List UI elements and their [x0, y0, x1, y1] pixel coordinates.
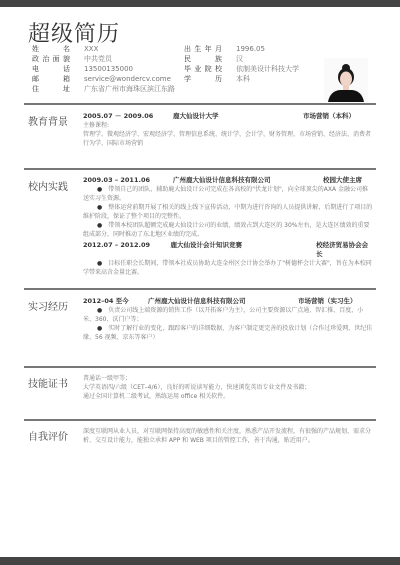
- campus-role: 校园大使主席: [323, 176, 362, 185]
- education-date: 2005.07 － 2009.06: [83, 112, 173, 121]
- bullet-item: ●带领自己的团队，辅助鹿大仙设计公司完成在各高校的"伏龙计划"，向全球顶尖的AX…: [83, 185, 373, 203]
- value: 13500135000: [84, 64, 133, 74]
- divider: [24, 288, 376, 290]
- bullet-item: ●实时了解行业的变化，跟踪客户的详细数据，为客户制定更完善的投放计划（合作过珍爱…: [83, 324, 373, 342]
- info-ethnicity: 民族汉: [184, 54, 299, 64]
- section-internship: 2012–04 至今 广州鹿大仙设计信息科技有限公司 市场营销（实习生） ●负责…: [83, 297, 373, 342]
- section-title-campus: 校内实践: [28, 178, 68, 193]
- divider: [24, 366, 376, 368]
- skill-line: 大学英语四/六级（CET–4/6），良好的听说读写能力，快速浏览英语专业文件及书…: [83, 383, 373, 392]
- education-major: 市场营销（本科）: [303, 112, 355, 121]
- bullet-text: 负责公司线上端资源的销售工作（以开拓客户为主），公司主要资源以广点通、智汇推、百…: [83, 307, 363, 323]
- info-degree: 学历本科: [184, 74, 299, 84]
- campus-org: 广州鹿大仙设计信息科技有限公司: [173, 176, 323, 185]
- info-address: 住址广东省广州市海珠区滨江东路: [32, 84, 175, 94]
- education-school: 鹿大仙设计大学: [173, 112, 303, 121]
- section-campus: 2009.03 – 2011.06 广州鹿大仙设计信息科技有限公司 校园大使主席…: [83, 176, 373, 277]
- bullet-item: ●目标任职会长期间，带领本社成员协助大连金州区会计协会举办了"树德杯会计大赛"，…: [83, 259, 373, 277]
- bullet-text: 实时了解行业的变化，跟踪客户的详细数据，为客户制定更完善的投放计划（合作过珍爱网…: [83, 325, 372, 341]
- bullet-icon: ●: [97, 325, 102, 332]
- info-birth: 出生年月1996.05: [184, 44, 299, 54]
- section-self-eval: 深度互联网从业人员，对互联网保持高度的敏感性和关注度，熟悉产品开发流程，有很强的…: [83, 427, 373, 445]
- label: 毕业院校: [184, 64, 222, 74]
- section-title-skills: 技能证书: [28, 375, 68, 390]
- campus-org: 鹿大仙设计会计知识竞赛: [170, 241, 316, 259]
- campus-role: 校经济贸易协会会长: [316, 241, 373, 259]
- bottom-bar: [0, 557, 400, 565]
- bullet-text: 整体运营前期开展了相关的线上线下宣传活动，中期为进行咨询的人员提供讲解，后期进行…: [83, 204, 372, 220]
- value: XXX: [84, 44, 98, 54]
- value: 依制美设计科技大学: [236, 64, 299, 74]
- self-eval-text: 深度互联网从业人员，对互联网保持高度的敏感性和关注度，熟悉产品开发流程，有很强的…: [83, 427, 373, 445]
- courses-label: 主修课程:: [83, 121, 373, 130]
- section-skills: 普通话一级甲等； 大学英语四/六级（CET–4/6），良好的听说读写能力，快速浏…: [83, 374, 373, 401]
- skill-line: 通过全国计算机二级考试，熟练运用 office 相关软件。: [83, 392, 373, 401]
- internship-date: 2012–04 至今: [83, 297, 148, 306]
- courses-list: 管理学、微观经济学、宏观经济学、管理信息系统、统计学、会计学、财务管理、市场营销…: [83, 130, 373, 148]
- info-phone: 电话13500135000: [32, 64, 175, 74]
- skill-line: 普通话一级甲等；: [83, 374, 373, 383]
- bullet-item: ●带领本校团队超额完成鹿大仙设计公司的业绩，绩效占到大连区的 30%左右，是大连…: [83, 221, 373, 239]
- campus-date: 2012.07 – 2012.09: [83, 241, 170, 259]
- value: 广东省广州市海珠区滨江东路: [84, 84, 175, 94]
- campus-item-header: 2009.03 – 2011.06 广州鹿大仙设计信息科技有限公司 校园大使主席: [83, 176, 373, 185]
- info-name: 姓名XXX: [32, 44, 175, 54]
- basic-info-left: 姓名XXX 政治面貌中共党员 电话13500135000 邮箱service@w…: [32, 44, 175, 94]
- section-title-self-eval: 自我评价: [28, 428, 68, 443]
- value: 本科: [236, 74, 250, 84]
- section-education: 2005.07 － 2009.06 鹿大仙设计大学 市场营销（本科） 主修课程:…: [83, 112, 373, 148]
- label: 出生年月: [184, 44, 222, 54]
- value: 1996.05: [236, 44, 265, 54]
- divider: [24, 103, 376, 105]
- internship-org: 广州鹿大仙设计信息科技有限公司: [148, 297, 298, 306]
- education-header: 2005.07 － 2009.06 鹿大仙设计大学 市场营销（本科）: [83, 112, 373, 121]
- label: 电话: [32, 64, 70, 74]
- section-title-internship: 实习经历: [28, 298, 68, 313]
- top-bar: [0, 0, 400, 7]
- divider: [24, 168, 376, 170]
- divider: [24, 419, 376, 421]
- bullet-text: 目标任职会长期间，带领本社成员协助大连金州区会计协会举办了"树德杯会计大赛"，旨…: [83, 260, 372, 276]
- bullet-item: ●负责公司线上端资源的销售工作（以开拓客户为主），公司主要资源以广点通、智汇推、…: [83, 306, 373, 324]
- campus-item-header: 2012.07 – 2012.09 鹿大仙设计会计知识竞赛 校经济贸易协会会长: [83, 241, 373, 259]
- internship-header: 2012–04 至今 广州鹿大仙设计信息科技有限公司 市场营销（实习生）: [83, 297, 373, 306]
- info-email: 邮箱service@wondercv.come: [32, 74, 175, 84]
- label: 民族: [184, 54, 222, 64]
- bullet-text: 带领本校团队超额完成鹿大仙设计公司的业绩，绩效占到大连区的 30%左右，是大连区…: [83, 222, 370, 238]
- info-political: 政治面貌中共党员: [32, 54, 175, 64]
- bullet-icon: ●: [97, 307, 102, 314]
- label: 政治面貌: [32, 54, 70, 64]
- label: 学历: [184, 74, 222, 84]
- label: 姓名: [32, 44, 70, 54]
- value: service@wondercv.come: [84, 74, 171, 84]
- internship-role: 市场营销（实习生）: [298, 297, 357, 306]
- bullet-text: 带领自己的团队，辅助鹿大仙设计公司完成在各高校的"伏龙计划"，向全球顶尖的AXA…: [83, 186, 368, 202]
- profile-photo: [324, 58, 368, 102]
- label: 邮箱: [32, 74, 70, 84]
- bullet-icon: ●: [97, 204, 102, 211]
- basic-info-right: 出生年月1996.05 民族汉 毕业院校依制美设计科技大学 学历本科: [184, 44, 299, 84]
- value: 汉: [236, 54, 243, 64]
- bullet-item: ●整体运营前期开展了相关的线上线下宣传活动，中期为进行咨询的人员提供讲解，后期进…: [83, 203, 373, 221]
- bullet-icon: ●: [97, 222, 102, 229]
- label: 住址: [32, 84, 70, 94]
- section-title-education: 教育背景: [28, 113, 68, 128]
- bullet-icon: ●: [97, 260, 102, 267]
- info-school: 毕业院校依制美设计科技大学: [184, 64, 299, 74]
- value: 中共党员: [84, 54, 112, 64]
- bullet-icon: ●: [97, 186, 102, 193]
- campus-date: 2009.03 – 2011.06: [83, 176, 173, 185]
